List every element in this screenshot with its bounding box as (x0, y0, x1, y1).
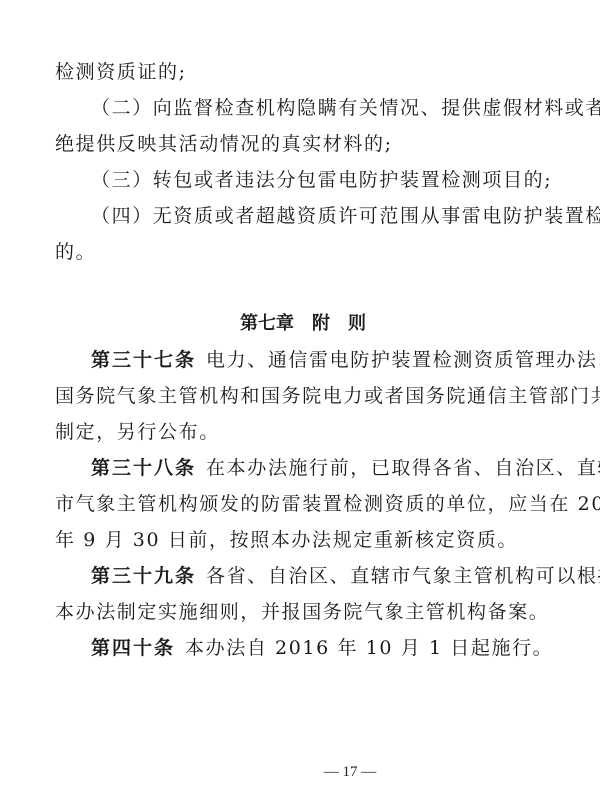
article-text: 本办法自 2016 年 10 月 1 日起施行。 (185, 637, 553, 659)
article-text: 在本办法施行前，已取得各省、自治区、直辖 (206, 457, 600, 479)
article-label: 第三十九条 (91, 565, 196, 587)
article-label: 第四十条 (91, 637, 175, 659)
article-text: 各省、自治区、直辖市气象主管机构可以根据 (206, 565, 600, 587)
list-item-text: （三）转包或者违法分包雷电防护装置检测项目的; (55, 162, 551, 198)
list-item-text: 绝提供反映其活动情况的真实材料的; (55, 126, 551, 162)
list-item-2: （二）向监督检查机构隐瞒有关情况、提供虚假材料或者拒 绝提供反映其活动情况的真实… (55, 90, 551, 162)
article-first-line: 第四十条本办法自 2016 年 10 月 1 日起施行。 (55, 630, 551, 666)
list-item-4: （四）无资质或者超越资质许可范围从事雷电防护装置检测 的。 (55, 198, 551, 270)
article-text: 市气象主管机构颁发的防雷装置检测资质的单位，应当在 2017 (55, 486, 551, 522)
article-text: 制定，另行公布。 (55, 414, 551, 450)
article-text: 电力、通信雷电防护装置检测资质管理办法由 (206, 349, 600, 371)
article-first-line: 第三十八条在本办法施行前，已取得各省、自治区、直辖 (55, 450, 551, 486)
list-item-3: （三）转包或者违法分包雷电防护装置检测项目的; (55, 162, 551, 198)
list-item-text: （二）向监督检查机构隐瞒有关情况、提供虚假材料或者拒 (55, 90, 551, 126)
page-number: — 17 — (0, 764, 600, 781)
article-39: 第三十九条各省、自治区、直辖市气象主管机构可以根据 本办法制定实施细则，并报国务… (55, 558, 551, 630)
article-first-line: 第三十七条电力、通信雷电防护装置检测资质管理办法由 (55, 342, 551, 378)
list-item-text: 的。 (55, 234, 551, 270)
list-item-text: （四）无资质或者超越资质许可范围从事雷电防护装置检测 (55, 198, 551, 234)
article-first-line: 第三十九条各省、自治区、直辖市气象主管机构可以根据 (55, 558, 551, 594)
article-text: 年 9 月 30 日前，按照本办法规定重新核定资质。 (55, 522, 551, 558)
article-label: 第三十八条 (91, 457, 196, 479)
article-37: 第三十七条电力、通信雷电防护装置检测资质管理办法由 国务院气象主管机构和国务院电… (55, 342, 551, 450)
document-page: 检测资质证的; （二）向监督检查机构隐瞒有关情况、提供虚假材料或者拒 绝提供反映… (55, 54, 551, 666)
chapter-title: 第七章 附 则 (55, 306, 551, 342)
article-label: 第三十七条 (91, 349, 196, 371)
article-38: 第三十八条在本办法施行前，已取得各省、自治区、直辖 市气象主管机构颁发的防雷装置… (55, 450, 551, 558)
article-text: 本办法制定实施细则，并报国务院气象主管机构备案。 (55, 594, 551, 630)
article-40: 第四十条本办法自 2016 年 10 月 1 日起施行。 (55, 630, 551, 666)
paragraph-continuation: 检测资质证的; (55, 54, 551, 90)
article-text: 国务院气象主管机构和国务院电力或者国务院通信主管部门共同 (55, 378, 551, 414)
